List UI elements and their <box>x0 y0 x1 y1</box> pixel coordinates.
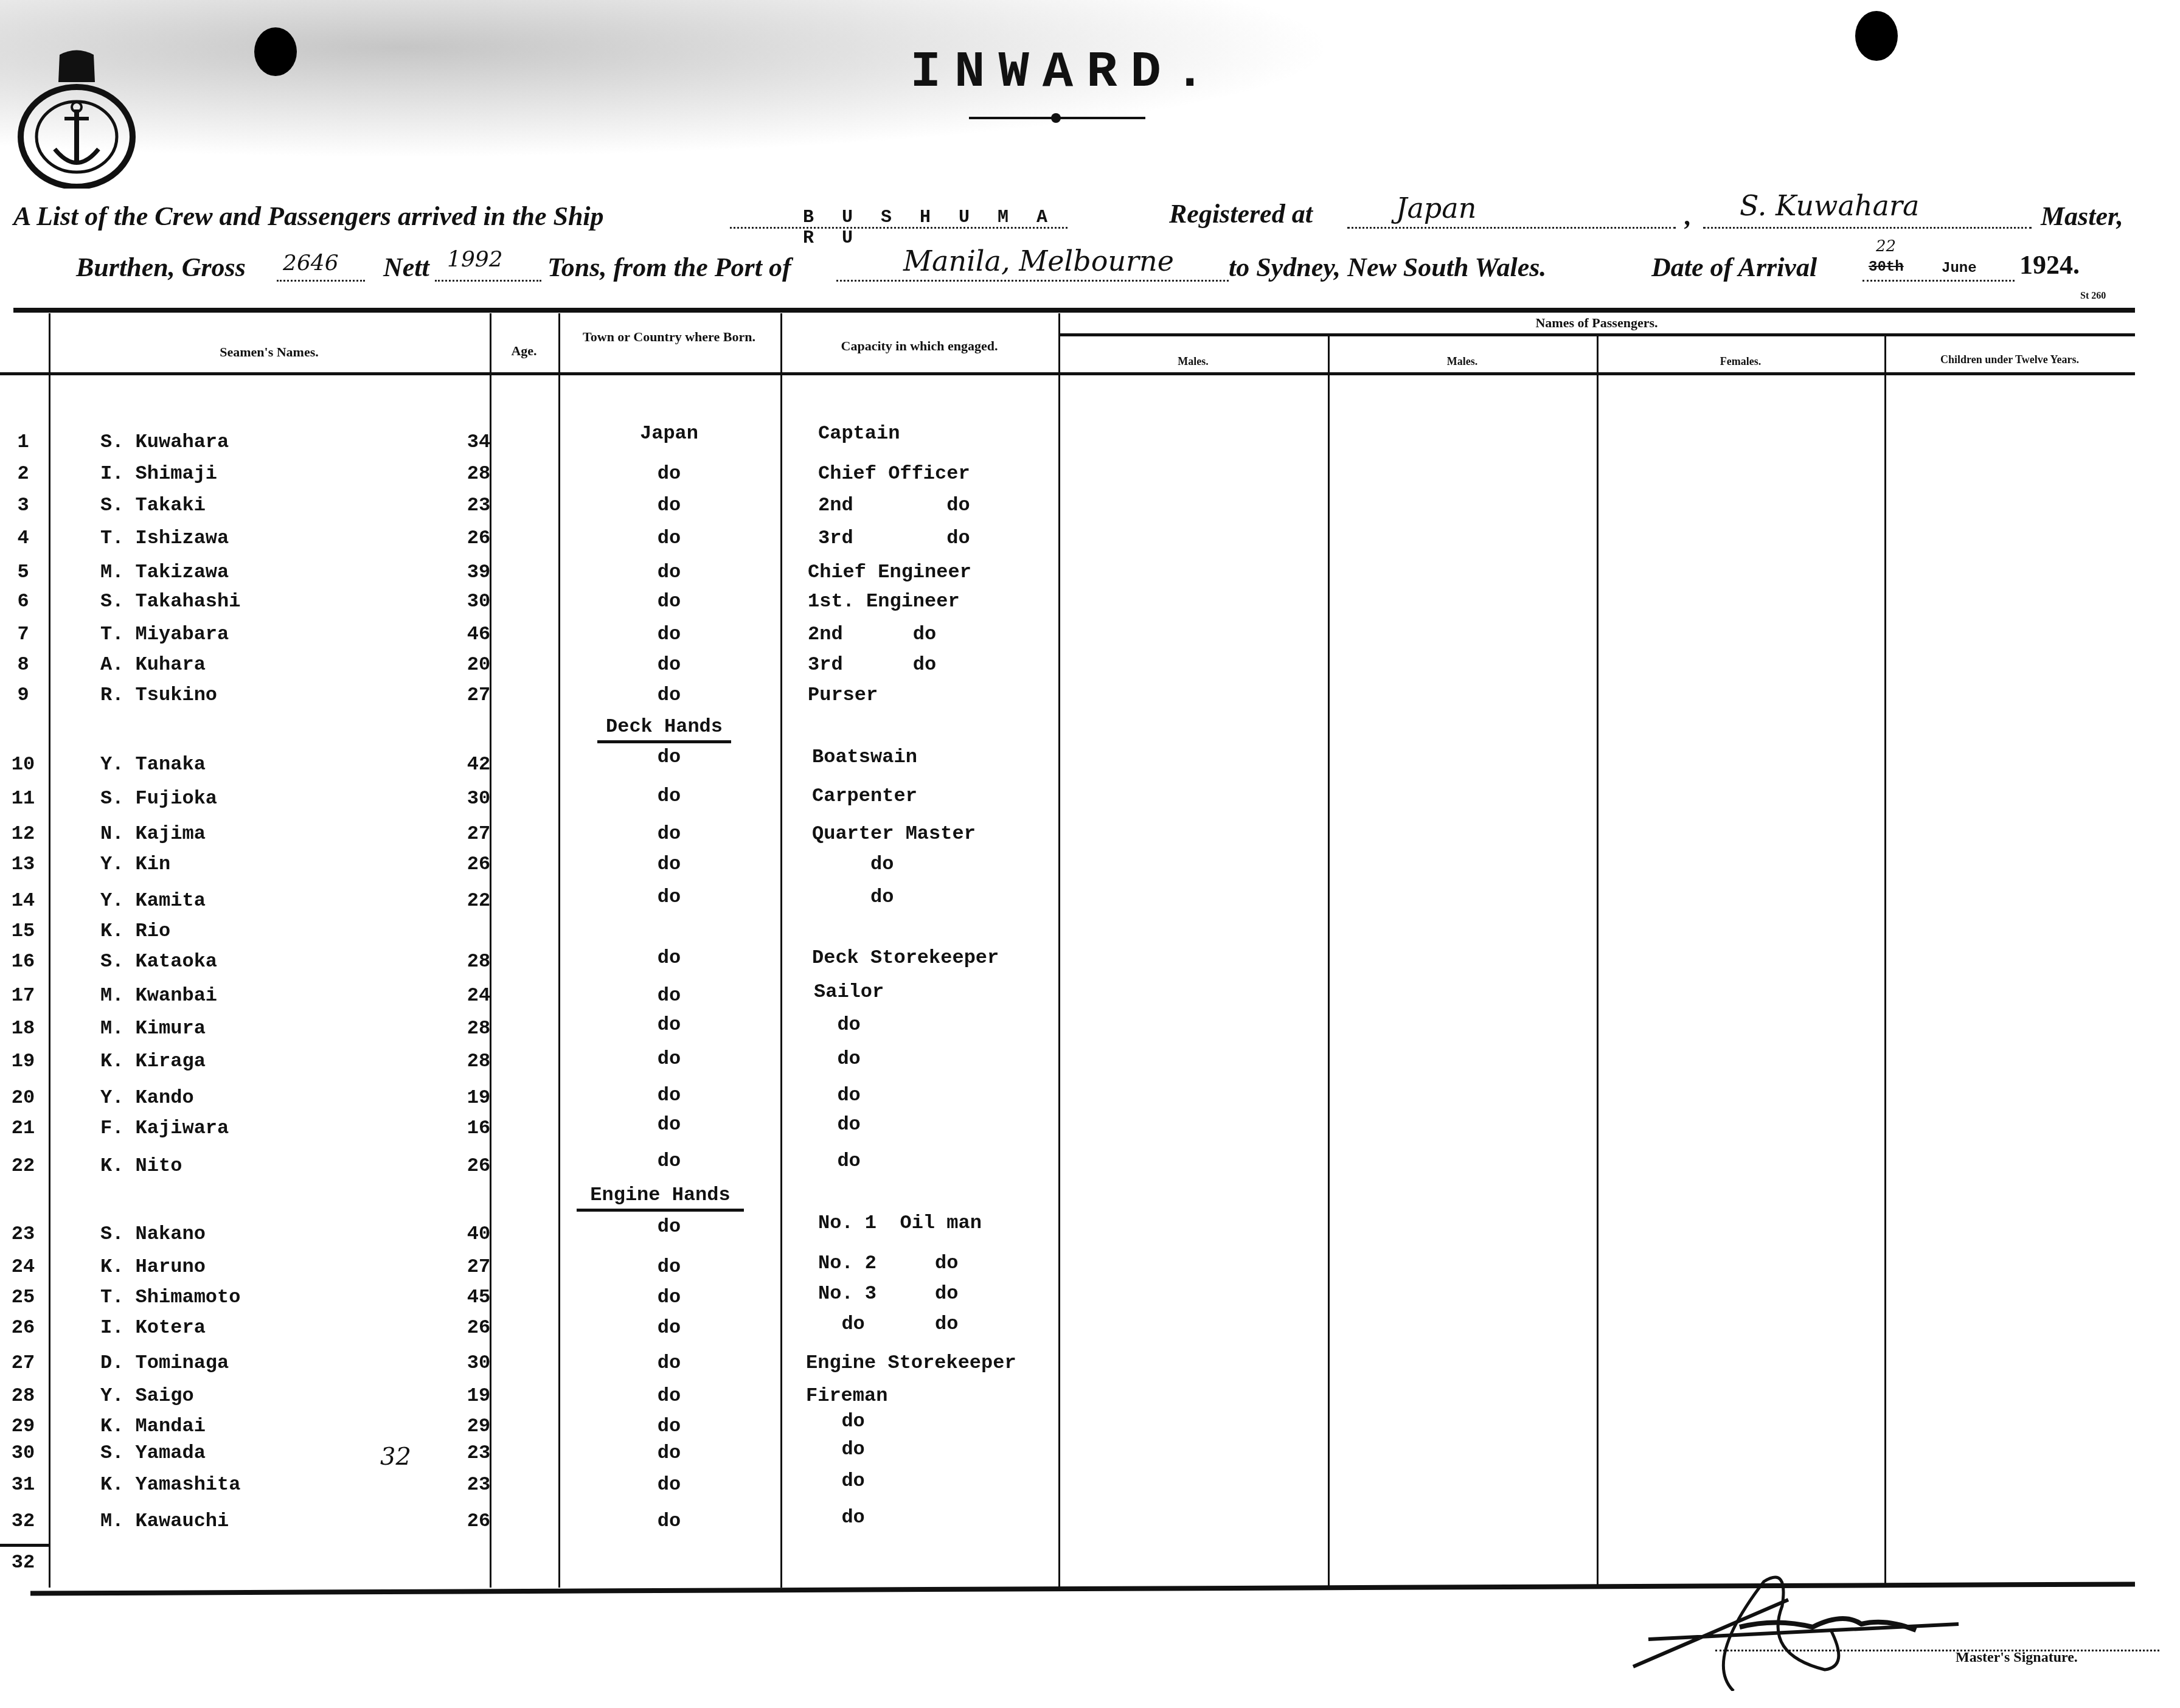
seaman-age: 40 <box>457 1223 500 1245</box>
seaman-born: do <box>566 1084 772 1106</box>
table-row: 11S. Fujioka30doCarpenter <box>0 787 2180 818</box>
seaman-capacity: Chief Officer <box>818 462 970 485</box>
table-row: 17M. Kwanbai24doSailor <box>0 984 2180 1015</box>
seaman-age: 34 <box>457 431 500 453</box>
seaman-age: 16 <box>457 1117 500 1139</box>
seaman-born: do <box>566 1113 772 1136</box>
header-line1-prefix: A List of the Crew and Passengers arrive… <box>13 201 604 232</box>
nett-field: 1992 <box>435 255 541 282</box>
row-number: 22 <box>5 1154 41 1177</box>
table-row: 1S. Kuwahara34JapanCaptain <box>0 431 2180 461</box>
table-row: 20Y. Kando19do do <box>0 1086 2180 1117</box>
gross-tons: 2646 <box>283 251 339 276</box>
seaman-capacity: No. 1 Oil man <box>818 1212 982 1234</box>
table-row: 2I. Shimaji28doChief Officer <box>0 462 2180 493</box>
seaman-born: do <box>566 1255 772 1278</box>
row-number: 28 <box>5 1384 41 1407</box>
registered-label: Registered at <box>1169 198 1313 229</box>
table-row: 26I. Kotera26do do do <box>0 1316 2180 1347</box>
seaman-born: do <box>566 462 772 485</box>
seaman-born: do <box>566 1473 772 1496</box>
seaman-name: M. Kimura <box>100 1017 206 1040</box>
seaman-name: D. Tominaga <box>100 1352 229 1374</box>
table-top-rule <box>13 308 2135 313</box>
seaman-age: 39 <box>457 561 500 583</box>
seaman-age: 29 <box>457 1415 500 1437</box>
row-number: 17 <box>5 984 41 1007</box>
seaman-age: 26 <box>457 1510 500 1532</box>
arrival-month: June <box>1942 260 1977 277</box>
anchor-seal-icon <box>17 49 136 189</box>
seaman-age: 23 <box>457 1442 500 1464</box>
seaman-capacity: do <box>818 1410 865 1432</box>
section-deck-hands: Deck Hands <box>597 715 731 743</box>
seaman-age: 28 <box>457 1017 500 1040</box>
seaman-name: S. Takaki <box>100 494 206 516</box>
seaman-born: do <box>566 1150 772 1172</box>
seaman-age: 19 <box>457 1384 500 1407</box>
seaman-name: Y. Kando <box>100 1086 194 1109</box>
form-number: St 260 <box>2080 291 2106 302</box>
seaman-name: F. Kajiwara <box>100 1117 229 1139</box>
row-number: 26 <box>5 1316 41 1339</box>
signature-label: Master's Signature. <box>1956 1650 2078 1666</box>
col-header-females: Females. <box>1597 353 1884 370</box>
title-ornament-dot <box>1051 113 1061 123</box>
seaman-name: S. Nakano <box>100 1223 206 1245</box>
master-name: S. Kuwahara <box>1740 189 1919 222</box>
seaman-born: do <box>566 1013 772 1036</box>
table-row: 23S. Nakano40doNo. 1 Oil man <box>0 1223 2180 1253</box>
seaman-age: 27 <box>457 1255 500 1278</box>
seaman-age: 28 <box>457 462 500 485</box>
seaman-born: do <box>566 494 772 516</box>
gross-field: 2646 <box>277 255 365 282</box>
col-header-born: Town or Country where Born. <box>578 328 760 345</box>
row-number: 7 <box>5 623 41 645</box>
col-header-males-1: Males. <box>1058 353 1328 370</box>
seaman-age: 26 <box>457 527 500 549</box>
seaman-age: 24 <box>457 984 500 1007</box>
row-number: 4 <box>5 527 41 549</box>
seaman-capacity: do <box>812 886 894 908</box>
seaman-born: do <box>566 623 772 645</box>
seaman-capacity: Captain <box>818 422 900 445</box>
row-number: 27 <box>5 1352 41 1374</box>
margin-note: 32 <box>380 1443 411 1471</box>
arrival-label: Date of Arrival <box>1651 252 1817 283</box>
master-label: Master, <box>2041 201 2123 232</box>
seaman-name: K. Nito <box>100 1154 182 1177</box>
comma: , <box>1685 201 1692 232</box>
row-number: 10 <box>5 753 41 776</box>
row-number: 13 <box>5 853 41 875</box>
row-number: 6 <box>5 590 41 613</box>
row-number: 20 <box>5 1086 41 1109</box>
seaman-name: S. Kataoka <box>100 950 217 973</box>
table-row: 30S. Yamada23do do <box>0 1442 2180 1472</box>
table-row: 8A. Kuhara20do3rd do <box>0 653 2180 684</box>
master-field: S. Kuwahara <box>1703 203 2032 229</box>
table-row: 27D. Tominaga30doEngine Storekeeper <box>0 1352 2180 1382</box>
seaman-capacity: Engine Storekeeper <box>806 1352 1016 1374</box>
table-row: 14Y. Kamita22do do <box>0 889 2180 920</box>
col-header-seamen-names: Seamen's Names. <box>49 344 490 361</box>
seaman-born: Japan <box>566 422 772 445</box>
col-header-capacity: Capacity in which engaged. <box>780 338 1058 355</box>
total-rule <box>0 1544 49 1547</box>
seaman-name: S. Takahashi <box>100 590 240 613</box>
row-number: 9 <box>5 684 41 706</box>
seaman-born: do <box>566 590 772 613</box>
seaman-capacity: do <box>814 1150 861 1172</box>
seaman-age: 19 <box>457 1086 500 1109</box>
seaman-name: K. Kiraga <box>100 1050 206 1072</box>
seaman-age: 28 <box>457 1050 500 1072</box>
seaman-born: do <box>566 1510 772 1532</box>
seaman-age: 30 <box>457 590 500 613</box>
seaman-born: do <box>566 684 772 706</box>
table-row: 15K. Rio <box>0 920 2180 950</box>
seaman-name: Y. Kin <box>100 853 170 875</box>
table-row: 10Y. Tanaka42doBoatswain <box>0 753 2180 783</box>
total-crew: 32 <box>5 1551 41 1574</box>
seaman-name: I. Shimaji <box>100 462 217 485</box>
seaman-name: I. Kotera <box>100 1316 206 1339</box>
seaman-capacity: Carpenter <box>812 785 917 807</box>
seaman-capacity: No. 3 do <box>818 1282 958 1305</box>
table-row: 5M. Takizawa39doChief Engineer <box>0 561 2180 591</box>
seaman-age: 27 <box>457 684 500 706</box>
seaman-age: 30 <box>457 1352 500 1374</box>
seaman-name: T. Ishizawa <box>100 527 229 549</box>
seaman-born: do <box>566 1442 772 1464</box>
seaman-capacity: No. 2 do <box>818 1252 958 1274</box>
table-row: 16S. Kataoka28doDeck Storekeeper <box>0 950 2180 981</box>
seaman-capacity: do <box>814 1084 861 1106</box>
table-row: 18M. Kimura28do do <box>0 1017 2180 1047</box>
arrival-year: 1924. <box>2019 249 2080 280</box>
col-header-children: Children under Twelve Years. <box>1884 351 2135 368</box>
seaman-age: 26 <box>457 1154 500 1177</box>
table-row: 9R. Tsukino27doPurser <box>0 684 2180 714</box>
seaman-born: do <box>566 561 772 583</box>
seaman-born: do <box>566 946 772 969</box>
seaman-name: T. Miyabara <box>100 623 229 645</box>
registered-field: Japan <box>1347 203 1676 229</box>
row-number: 16 <box>5 950 41 973</box>
seaman-name: Y. Saigo <box>100 1384 194 1407</box>
seaman-name: S. Yamada <box>100 1442 206 1464</box>
seaman-born: do <box>566 785 772 807</box>
row-number: 12 <box>5 822 41 845</box>
seaman-born: do <box>566 886 772 908</box>
seaman-age: 22 <box>457 889 500 912</box>
seaman-capacity: 3rd do <box>818 527 970 549</box>
seaman-born: do <box>566 1215 772 1238</box>
row-number: 29 <box>5 1415 41 1437</box>
seaman-capacity: Boatswain <box>812 746 917 768</box>
seaman-age: 23 <box>457 1473 500 1496</box>
burthen-label: Burthen, Gross <box>76 252 246 283</box>
signature-scrawl-icon <box>1630 1569 1971 1691</box>
seaman-capacity: do <box>818 1438 865 1460</box>
seaman-name: R. Tsukino <box>100 684 217 706</box>
seaman-capacity: do <box>814 1047 861 1070</box>
port-from: Manila, Melbourne <box>903 245 1174 277</box>
row-number: 21 <box>5 1117 41 1139</box>
seaman-capacity: do <box>818 1470 865 1492</box>
port-field: Manila, Melbourne <box>836 255 1229 282</box>
row-number: 30 <box>5 1442 41 1464</box>
tons-label: Tons, from the Port of <box>547 252 791 283</box>
seaman-capacity: 2nd do <box>808 623 936 645</box>
seaman-capacity: do do <box>818 1313 958 1335</box>
seaman-name: M. Kwanbai <box>100 984 217 1007</box>
section-engine-hands: Engine Hands <box>577 1184 744 1212</box>
seaman-capacity: do <box>812 853 894 875</box>
seaman-capacity: 2nd do <box>818 494 970 516</box>
row-number: 11 <box>5 787 41 810</box>
row-number: 32 <box>5 1510 41 1532</box>
table-row: 6S. Takahashi30do1st. Engineer <box>0 590 2180 620</box>
col-header-age: Age. <box>490 342 558 359</box>
seaman-capacity: 1st. Engineer <box>808 590 960 613</box>
nett-label: Nett <box>383 252 429 283</box>
table-row: 29K. Mandai29do do <box>0 1415 2180 1445</box>
arrival-field: 22 30th June <box>1862 255 2015 282</box>
seaman-born: do <box>566 746 772 768</box>
seaman-age: 46 <box>457 623 500 645</box>
table-row: 7T. Miyabara46do2nd do <box>0 623 2180 653</box>
ship-name: B U S H U M A R U <box>803 207 1067 249</box>
seaman-age: 27 <box>457 822 500 845</box>
nett-tons: 1992 <box>447 247 503 272</box>
destination: to Sydney, New South Wales. <box>1229 252 1546 283</box>
seaman-born: do <box>566 1352 772 1374</box>
row-number: 3 <box>5 494 41 516</box>
seaman-capacity: do <box>818 1506 865 1529</box>
seaman-name: T. Shimamoto <box>100 1286 240 1308</box>
row-number: 8 <box>5 653 41 676</box>
seaman-born: do <box>566 1384 772 1407</box>
seaman-capacity: do <box>814 1013 861 1036</box>
table-row: 25T. Shimamoto45doNo. 3 do <box>0 1286 2180 1316</box>
row-number: 15 <box>5 920 41 942</box>
table-row: 3S. Takaki23do2nd do <box>0 494 2180 524</box>
seaman-age: 20 <box>457 653 500 676</box>
seaman-capacity: do <box>814 1113 861 1136</box>
table-row: 13Y. Kin26do do <box>0 853 2180 883</box>
arrival-day-struck: 30th <box>1869 259 1904 276</box>
table-row: 32M. Kawauchi26do do <box>0 1510 2180 1540</box>
seaman-born: do <box>566 1286 772 1308</box>
seaman-born: do <box>566 853 772 875</box>
seaman-name: M. Takizawa <box>100 561 229 583</box>
seaman-age: 45 <box>457 1286 500 1308</box>
seaman-name: N. Kajima <box>100 822 206 845</box>
seaman-born: do <box>566 1415 772 1437</box>
seaman-name: K. Mandai <box>100 1415 206 1437</box>
row-number: 1 <box>5 431 41 453</box>
punch-hole-left <box>254 27 297 76</box>
col-header-passengers: Names of Passengers. <box>1058 314 2135 332</box>
table-row: 22K. Nito26do do <box>0 1154 2180 1185</box>
col-header-males-2: Males. <box>1328 353 1597 370</box>
seaman-capacity: Fireman <box>806 1384 887 1407</box>
seaman-age: 26 <box>457 1316 500 1339</box>
seaman-age: 23 <box>457 494 500 516</box>
table-row: 12N. Kajima27doQuarter Master <box>0 822 2180 853</box>
seaman-name: S. Fujioka <box>100 787 217 810</box>
seaman-born: do <box>566 1047 772 1070</box>
seaman-name: S. Kuwahara <box>100 431 229 453</box>
seaman-capacity: Purser <box>808 684 878 706</box>
seaman-name: A. Kuhara <box>100 653 206 676</box>
seaman-capacity: Chief Engineer <box>808 561 971 583</box>
row-number: 18 <box>5 1017 41 1040</box>
table-row: 21F. Kajiwara16do do <box>0 1117 2180 1147</box>
row-number: 25 <box>5 1286 41 1308</box>
seaman-capacity: 3rd do <box>808 653 936 676</box>
seaman-age: 26 <box>457 853 500 875</box>
seaman-name: K. Haruno <box>100 1255 206 1278</box>
table-row: 28Y. Saigo19doFireman <box>0 1384 2180 1415</box>
row-number: 14 <box>5 889 41 912</box>
seaman-name: Y. Tanaka <box>100 753 206 776</box>
page-title: INWARD. <box>845 44 1283 102</box>
seaman-name: K. Rio <box>100 920 170 942</box>
table-row: 24K. Haruno27doNo. 2 do <box>0 1255 2180 1286</box>
header-bottom-rule <box>0 372 2135 375</box>
seaman-capacity: Sailor <box>814 981 884 1003</box>
table-row: 4T. Ishizawa26do3rd do <box>0 527 2180 557</box>
row-number: 23 <box>5 1223 41 1245</box>
table-row: 31K. Yamashita23do do <box>0 1473 2180 1504</box>
seaman-age: 42 <box>457 753 500 776</box>
seaman-name: M. Kawauchi <box>100 1510 229 1532</box>
seaman-born: do <box>566 984 772 1007</box>
row-number: 2 <box>5 462 41 485</box>
seaman-born: do <box>566 527 772 549</box>
arrival-day: 22 <box>1876 237 1896 255</box>
punch-hole-right <box>1855 11 1898 61</box>
seaman-capacity: Deck Storekeeper <box>812 946 999 969</box>
seaman-age: 30 <box>457 787 500 810</box>
seaman-born: do <box>566 653 772 676</box>
ship-name-field: B U S H U M A R U <box>730 203 1067 229</box>
seaman-name: Y. Kamita <box>100 889 206 912</box>
table-row: 19K. Kiraga28do do <box>0 1050 2180 1080</box>
seaman-name: K. Yamashita <box>100 1473 240 1496</box>
seaman-born: do <box>566 822 772 845</box>
seaman-capacity: Quarter Master <box>812 822 976 845</box>
registered-value: Japan <box>1396 192 1476 224</box>
seaman-born: do <box>566 1316 772 1339</box>
row-number: 19 <box>5 1050 41 1072</box>
row-number: 5 <box>5 561 41 583</box>
row-number: 31 <box>5 1473 41 1496</box>
row-number: 24 <box>5 1255 41 1278</box>
seaman-age: 28 <box>457 950 500 973</box>
